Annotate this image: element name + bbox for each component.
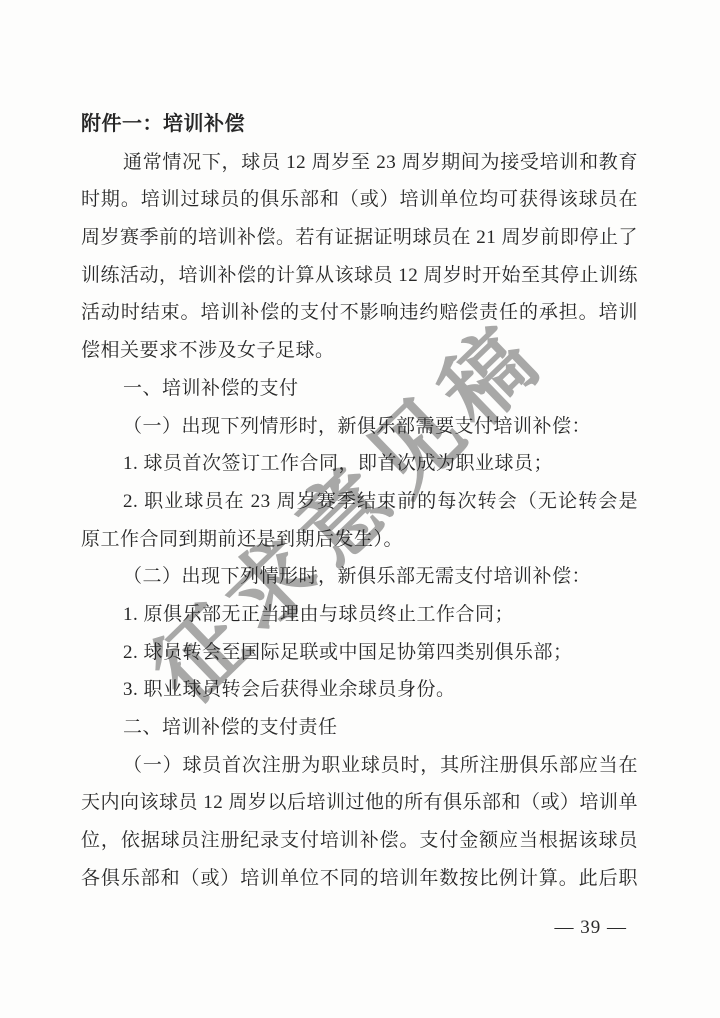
body-line: （一）球员首次注册为职业球员时，其所注册俱乐部应当在 30 (81, 747, 638, 785)
section-heading: 一、培训补偿的支付 (81, 370, 638, 408)
body-line: （二）出现下列情形时，新俱乐部无需支付培训补偿： (81, 558, 638, 596)
body-line: 训练活动，培训补偿的计算从该球员 12 周岁时开始至其停止训练 (81, 257, 638, 295)
body-line: 各俱乐部和（或）培训单位不同的培训年数按比例计算。此后职业 (81, 860, 638, 898)
list-item-line: 原工作合同到期前还是到期后发生）。 (81, 521, 638, 559)
body-line: 通常情况下，球员 12 周岁至 23 周岁期间为接受培训和教育的 (81, 144, 638, 182)
list-item-line: 3. 职业球员转会后获得业余球员身份。 (81, 671, 638, 709)
document-page: 征求意见稿 附件一：培训补偿 通常情况下，球员 12 周岁至 23 周岁期间为接… (0, 0, 720, 1018)
list-item-line: 1. 球员首次签订工作合同，即首次成为职业球员； (81, 445, 638, 483)
document-content: 附件一：培训补偿 通常情况下，球员 12 周岁至 23 周岁期间为接受培训和教育… (81, 106, 638, 897)
body-line: 周岁赛季前的培训补偿。若有证据证明球员在 21 周岁前即停止了 (81, 219, 638, 257)
body-line: 活动时结束。培训补偿的支付不影响违约赔偿责任的承担。培训补 (81, 294, 638, 332)
page-number: — 39 — (555, 917, 628, 939)
section-heading: 二、培训补偿的支付责任 (81, 709, 638, 747)
list-item-line: 1. 原俱乐部无正当理由与球员终止工作合同； (81, 596, 638, 634)
body-line: 偿相关要求不涉及女子足球。 (81, 332, 638, 370)
list-item-line: 2. 职业球员在 23 周岁赛季结束前的每次转会（无论转会是在 (81, 483, 638, 521)
body-line: 天内向该球员 12 周岁以后培训过他的所有俱乐部和（或）培训单 (81, 784, 638, 822)
attachment-title: 附件一：培训补偿 (81, 106, 638, 144)
list-item-line: 2. 球员转会至国际足联或中国足协第四类别俱乐部； (81, 634, 638, 672)
body-line: 位，依据球员注册纪录支付培训补偿。支付金额应当根据该球员在 (81, 822, 638, 860)
body-line: 时期。培训过球员的俱乐部和（或）培训单位均可获得该球员在 21 (81, 181, 638, 219)
body-line: （一）出现下列情形时，新俱乐部需要支付培训补偿： (81, 408, 638, 446)
